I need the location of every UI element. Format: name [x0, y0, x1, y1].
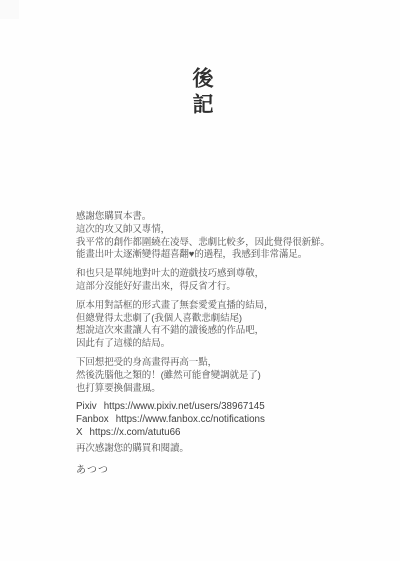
text-line: 然後洗腦他之類的！(雖然可能會變調就是了) [76, 370, 386, 383]
page-title: 後記 [186, 67, 216, 119]
paragraph-next-plans: 下回想把受的身高畫得再高一點， 然後洗腦他之類的！(雖然可能會變調就是了) 也打… [76, 357, 386, 395]
x-link-line: Xhttps://x.com/atutu66 [76, 427, 386, 440]
paragraph-ending-notes: 原本用對話框的形式畫了無套愛愛直播的結局， 但總覺得太悲劇了(我個人喜歡悲劇結尾… [76, 300, 386, 351]
links-paragraph: Pixivhttps://www.pixiv.net/users/3896714… [76, 401, 386, 439]
fanbox-link-line: Fanboxhttps://www.fanbox.cc/notification… [76, 414, 386, 427]
text-line: 感謝您購買本書。 [76, 211, 386, 224]
paragraph-reflection: 和也只是單純地對叶太的遊戲技巧感到尊敬， 這部分沒能好好畫出來，得反省才行。 [76, 268, 386, 294]
text-line: 和也只是單純地對叶太的遊戲技巧感到尊敬， [76, 268, 386, 281]
fanbox-url: https://www.fanbox.cc/notifications [116, 414, 265, 425]
text-line: 但總覺得太悲劇了(我個人喜歡悲劇結尾) [76, 313, 386, 326]
x-url: https://x.com/atutu66 [90, 427, 181, 438]
closing-line: 再次感謝您的購買和閱讀。 [76, 443, 386, 456]
pixiv-label: Pixiv [76, 401, 97, 414]
paragraph-thanks: 感謝您購買本書。 這次的攻又帥又專情， 我平常的創作都圍繞在凌辱、悲劇比較多，因… [76, 211, 386, 262]
x-label: X [76, 427, 83, 440]
afterword-text: 感謝您購買本書。 這次的攻又帥又專情， 我平常的創作都圍繞在凌辱、悲劇比較多，因… [76, 211, 386, 477]
text-line: 我平常的創作都圍繞在凌辱、悲劇比較多，因此覺得很新鮮。 [76, 237, 386, 250]
text-line: 這次的攻又帥又專情， [76, 224, 386, 237]
afterword-page: 後記 感謝您購買本書。 這次的攻又帥又專情， 我平常的創作都圍繞在凌辱、悲劇比較… [0, 0, 400, 561]
fanbox-label: Fanbox [76, 414, 109, 427]
pixiv-url: https://www.pixiv.net/users/38967145 [104, 401, 265, 412]
text-line: 這部分沒能好好畫出來，得反省才行。 [76, 281, 386, 294]
pixiv-link-line: Pixivhttps://www.pixiv.net/users/3896714… [76, 401, 386, 414]
text-line: 因此有了這樣的結局。 [76, 338, 386, 351]
text-line: 下回想把受的身高畫得再高一點， [76, 357, 386, 370]
author-signature: あつつ [76, 465, 386, 478]
text-line: 原本用對話框的形式畫了無套愛愛直播的結局， [76, 300, 386, 313]
text-line: 也打算要換個畫風。 [76, 383, 386, 396]
text-line: 想說這次來畫讓人有不錯的讀後感的作品吧， [76, 325, 386, 338]
text-line: 能畫出叶太逐漸變得超喜翻♥的過程，我感到非常滿足。 [76, 249, 386, 262]
closing-paragraph: 再次感謝您的購買和閱讀。 [76, 443, 386, 456]
scan-artifact [0, 0, 19, 19]
